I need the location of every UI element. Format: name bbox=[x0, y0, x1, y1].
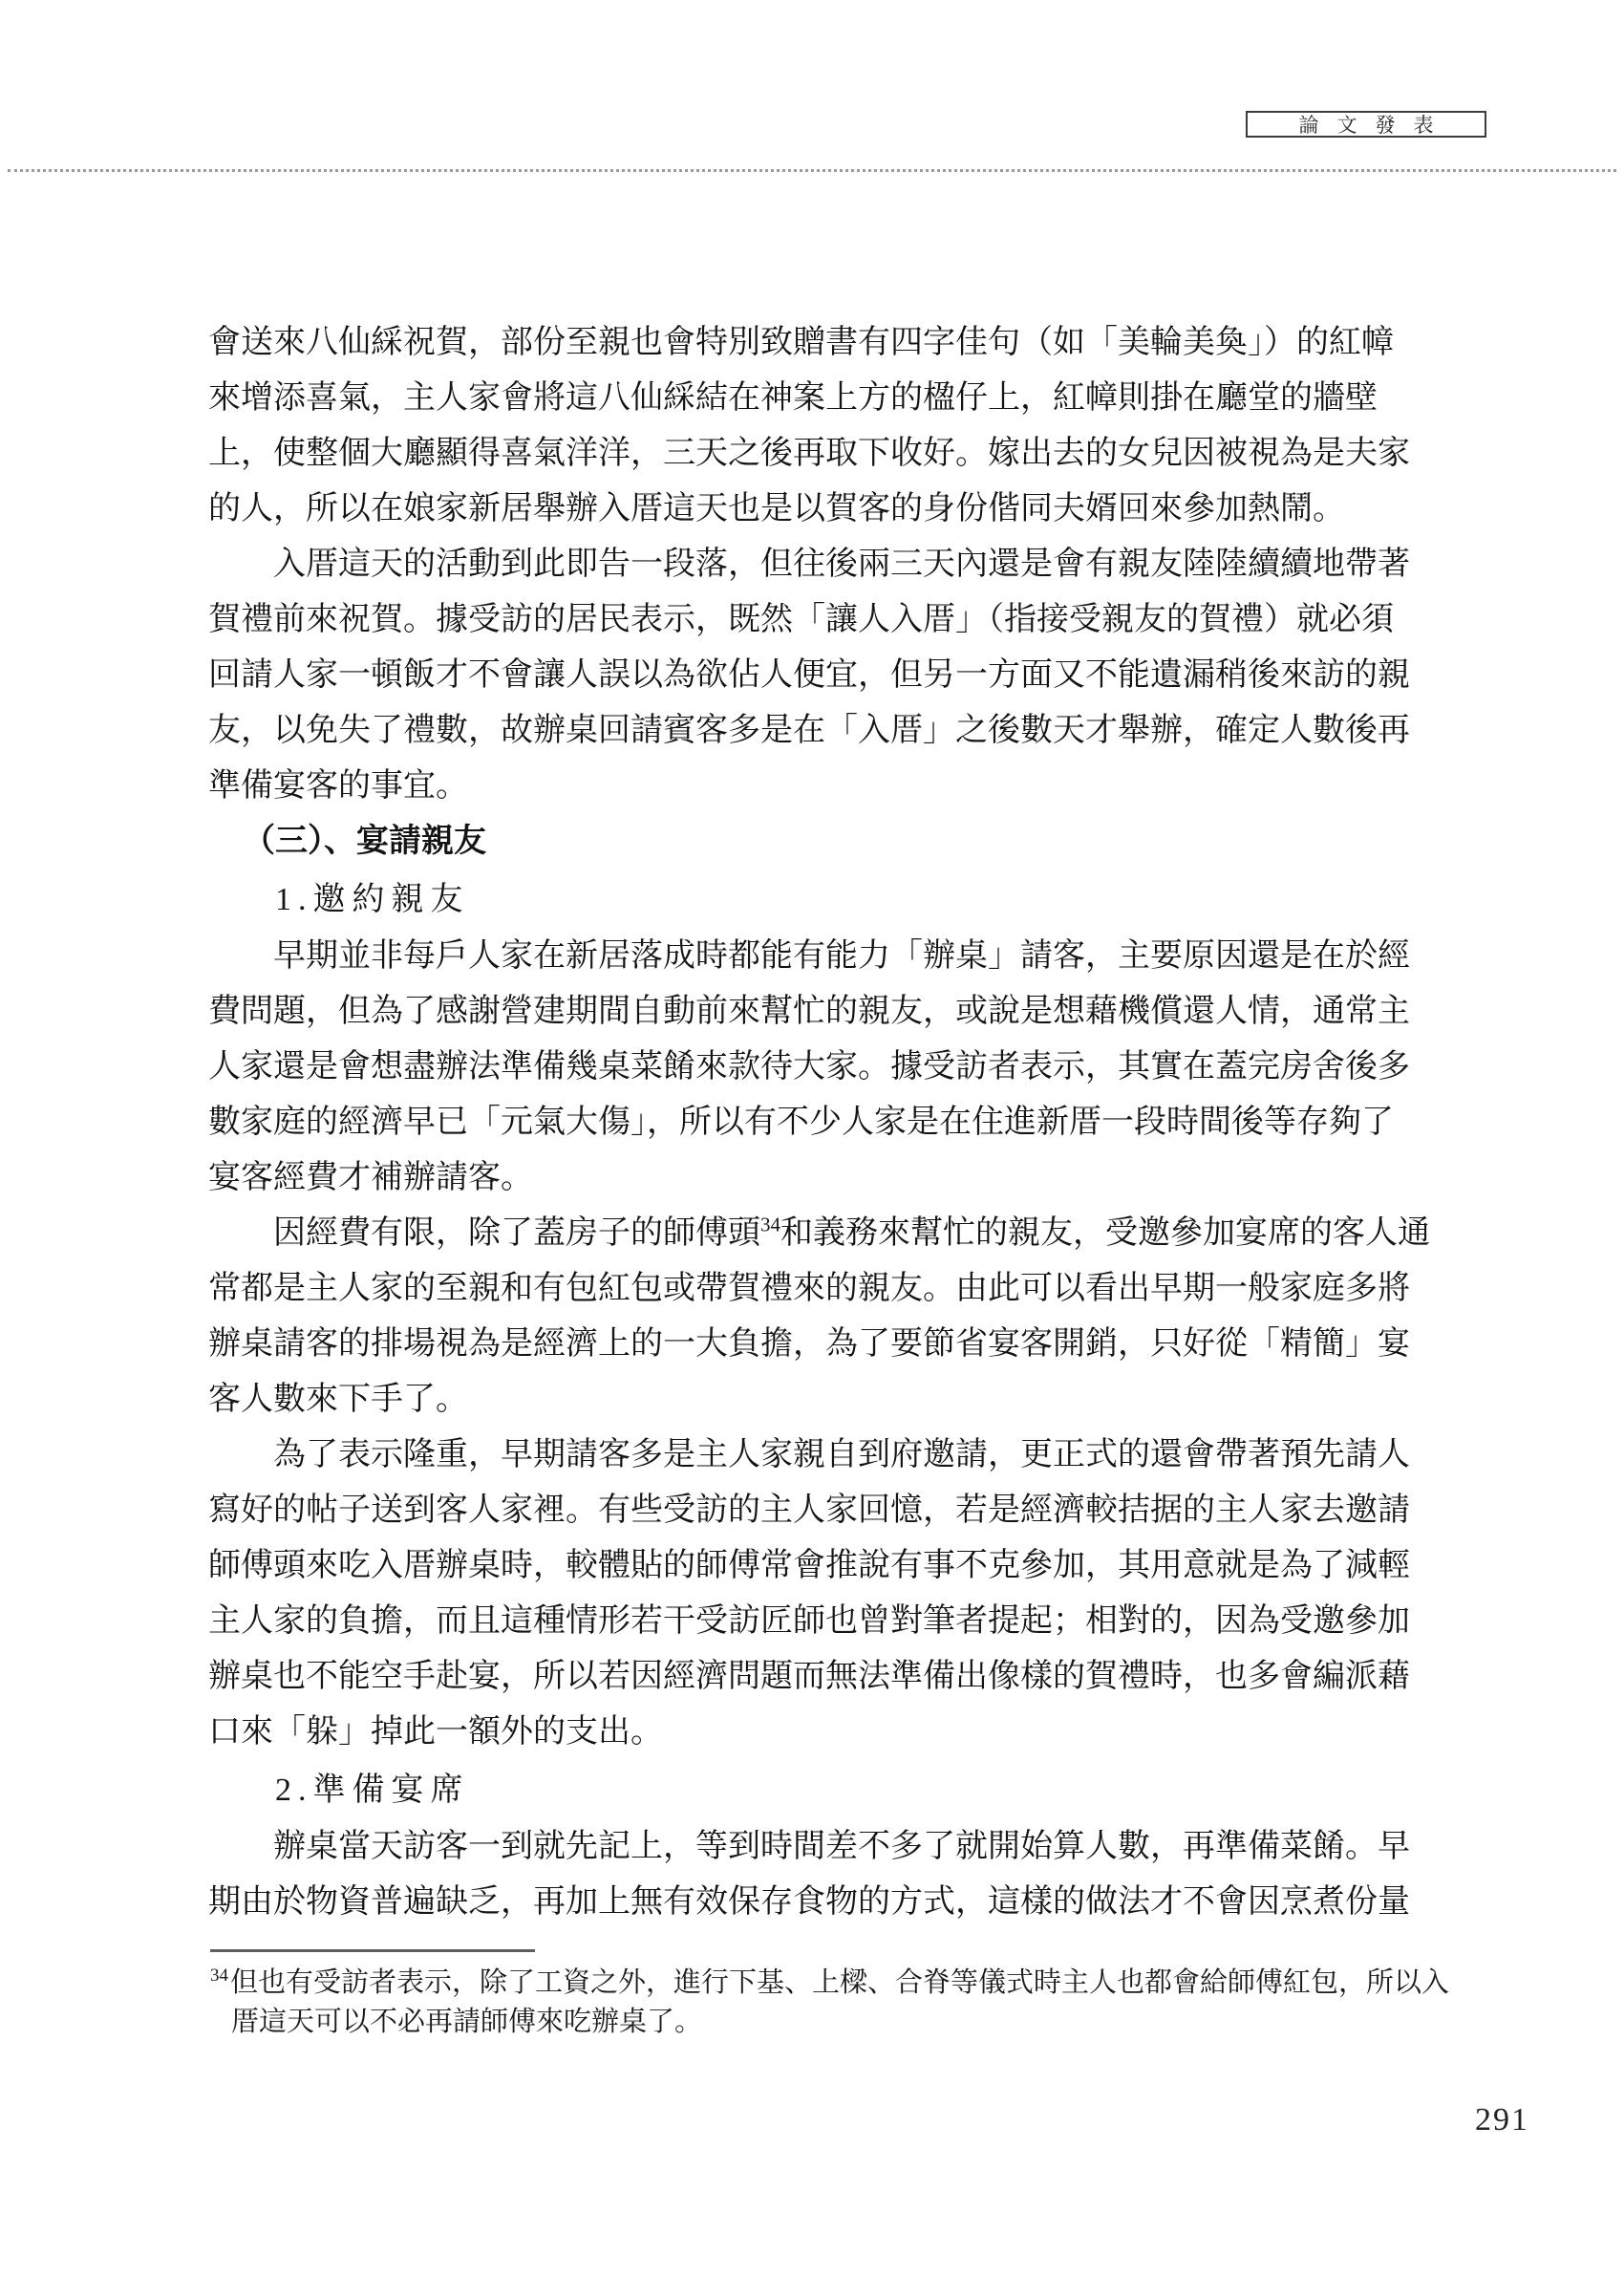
text-line: 賀禮前來祝賀。據受訪的居民表示，既然「讓人入厝」（指接受親友的賀禮）就必須 bbox=[208, 592, 1418, 648]
text-line: 主人家的負擔，而且這種情形若干受訪匠師也曾對筆者提起；相對的，因為受邀參加 bbox=[208, 1594, 1418, 1649]
text-line: 辦桌當天訪客一到就先記上，等到時間差不多了就開始算人數，再準備菜餚。早 bbox=[208, 1819, 1418, 1875]
text-line: 入厝這天的活動到此即告一段落，但往後兩三天內還是會有親友陸陸續續地帶著 bbox=[208, 537, 1418, 592]
text-line: 會送來八仙綵祝賀，部份至親也會特別致贈書有四字佳句（如「美輪美奐」）的紅幛 bbox=[208, 315, 1418, 371]
text-line: 常都是主人家的至親和有包紅包或帶賀禮來的親友。由此可以看出早期一般家庭多將 bbox=[208, 1261, 1418, 1317]
footnote-ref: 34 bbox=[760, 1214, 780, 1236]
footnote-block: 34但也有受訪者表示，除了工資之外，進行下基、上樑、合脊等儀式時主人也都會給師傅… bbox=[210, 1949, 1414, 2042]
body-text: 會送來八仙綵祝賀，部份至親也會特別致贈書有四字佳句（如「美輪美奐」）的紅幛來增添… bbox=[208, 315, 1418, 1930]
page-number: 291 bbox=[1475, 2102, 1529, 2138]
header-divider bbox=[8, 169, 1616, 172]
text-line: 期由於物資普遍缺乏，再加上無有效保存食物的方式，這樣的做法才不會因烹煮份量 bbox=[208, 1875, 1418, 1930]
running-header: 論文發表 bbox=[1246, 111, 1486, 138]
footnote-lines: 34但也有受訪者表示，除了工資之外，進行下基、上樑、合脊等儀式時主人也都會給師傅… bbox=[210, 1964, 1414, 2042]
text-line: 的人，所以在娘家新居舉辦入厝這天也是以賀客的身份偕同夫婿回來參加熱鬧。 bbox=[208, 482, 1418, 537]
subsection-heading: 1.邀約親友 bbox=[208, 872, 1418, 928]
text-line: 辦桌也不能空手赴宴，所以若因經濟問題而無法準備出像樣的賀禮時，也多會編派藉 bbox=[208, 1649, 1418, 1705]
text-line: 費問題，但為了感謝營建期間自動前來幫忙的親友，或說是想藉機償還人情，通常主 bbox=[208, 984, 1418, 1040]
text-segment: 和義務來幫忙的親友，受邀參加宴席的客人通 bbox=[780, 1215, 1430, 1251]
text-line: 為了表示隆重，早期請客多是主人家親自到府邀請，更正式的還會帶著預先請人 bbox=[208, 1428, 1418, 1483]
text-line: 數家庭的經濟早已「元氣大傷」，所以有不少人家是在住進新厝一段時間後等存夠了 bbox=[208, 1095, 1418, 1150]
text-line: 客人數來下手了。 bbox=[208, 1372, 1418, 1428]
text-line: 回請人家一頓飯才不會讓人誤以為欲佔人便宜，但另一方面又不能遺漏稍後來訪的親 bbox=[208, 648, 1418, 703]
text-line: 人家還是會想盡辦法準備幾桌菜餚來款待大家。據受訪者表示，其實在蓋完房舍後多 bbox=[208, 1040, 1418, 1095]
footnote-line: 厝這天可以不必再請師傅來吃辦桌了。 bbox=[210, 2003, 1414, 2042]
text-line: 寫好的帖子送到客人家裡。有些受訪的主人家回憶，若是經濟較拮据的主人家去邀請 bbox=[208, 1483, 1418, 1538]
subsection-heading: 2.準備宴席 bbox=[208, 1763, 1418, 1818]
text-line: 口來「躲」掉此一額外的支出。 bbox=[208, 1705, 1418, 1760]
document-page: 論文發表 會送來八仙綵祝賀，部份至親也會特別致贈書有四字佳句（如「美輪美奐」）的… bbox=[0, 0, 1624, 2277]
text-line: 早期並非每戶人家在新居落成時都能有能力「辦桌」請客，主要原因還是在於經 bbox=[208, 929, 1418, 984]
footnote-text: 厝這天可以不必再請師傅來吃辦桌了。 bbox=[231, 2007, 702, 2037]
footnote-separator bbox=[210, 1949, 535, 1952]
text-line: 師傅頭來吃入厝辦桌時，較體貼的師傅常會推說有事不克參加，其用意就是為了減輕 bbox=[208, 1538, 1418, 1594]
footnote-text: 但也有受訪者表示，除了工資之外，進行下基、上樑、合脊等儀式時主人也都會給師傅紅包… bbox=[230, 1967, 1449, 1998]
footnote-line: 34但也有受訪者表示，除了工資之外，進行下基、上樑、合脊等儀式時主人也都會給師傅… bbox=[210, 1964, 1414, 2003]
text-line: 宴客經費才補辦請客。 bbox=[208, 1150, 1418, 1206]
section-heading: （三）、宴請親友 bbox=[208, 814, 1418, 870]
footnote-marker: 34 bbox=[210, 1966, 228, 1986]
text-line: 因經費有限，除了蓋房子的師傅頭34和義務來幫忙的親友，受邀參加宴席的客人通 bbox=[208, 1206, 1418, 1261]
text-line: 準備宴客的事宜。 bbox=[208, 759, 1418, 814]
text-segment: 因經費有限，除了蓋房子的師傅頭 bbox=[273, 1215, 760, 1251]
running-header-title: 論文發表 bbox=[1281, 110, 1452, 139]
text-line: 辦桌請客的排場視為是經濟上的一大負擔，為了要節省宴客開銷，只好從「精簡」宴 bbox=[208, 1317, 1418, 1372]
text-line: 友，以免失了禮數，故辦桌回請賓客多是在「入厝」之後數天才舉辦，確定人數後再 bbox=[208, 703, 1418, 759]
text-line: 上，使整個大廳顯得喜氣洋洋，三天之後再取下收好。嫁出去的女兒因被視為是夫家 bbox=[208, 426, 1418, 482]
text-line: 來增添喜氣，主人家會將這八仙綵結在神案上方的楹仔上，紅幛則掛在廳堂的牆壁 bbox=[208, 371, 1418, 426]
